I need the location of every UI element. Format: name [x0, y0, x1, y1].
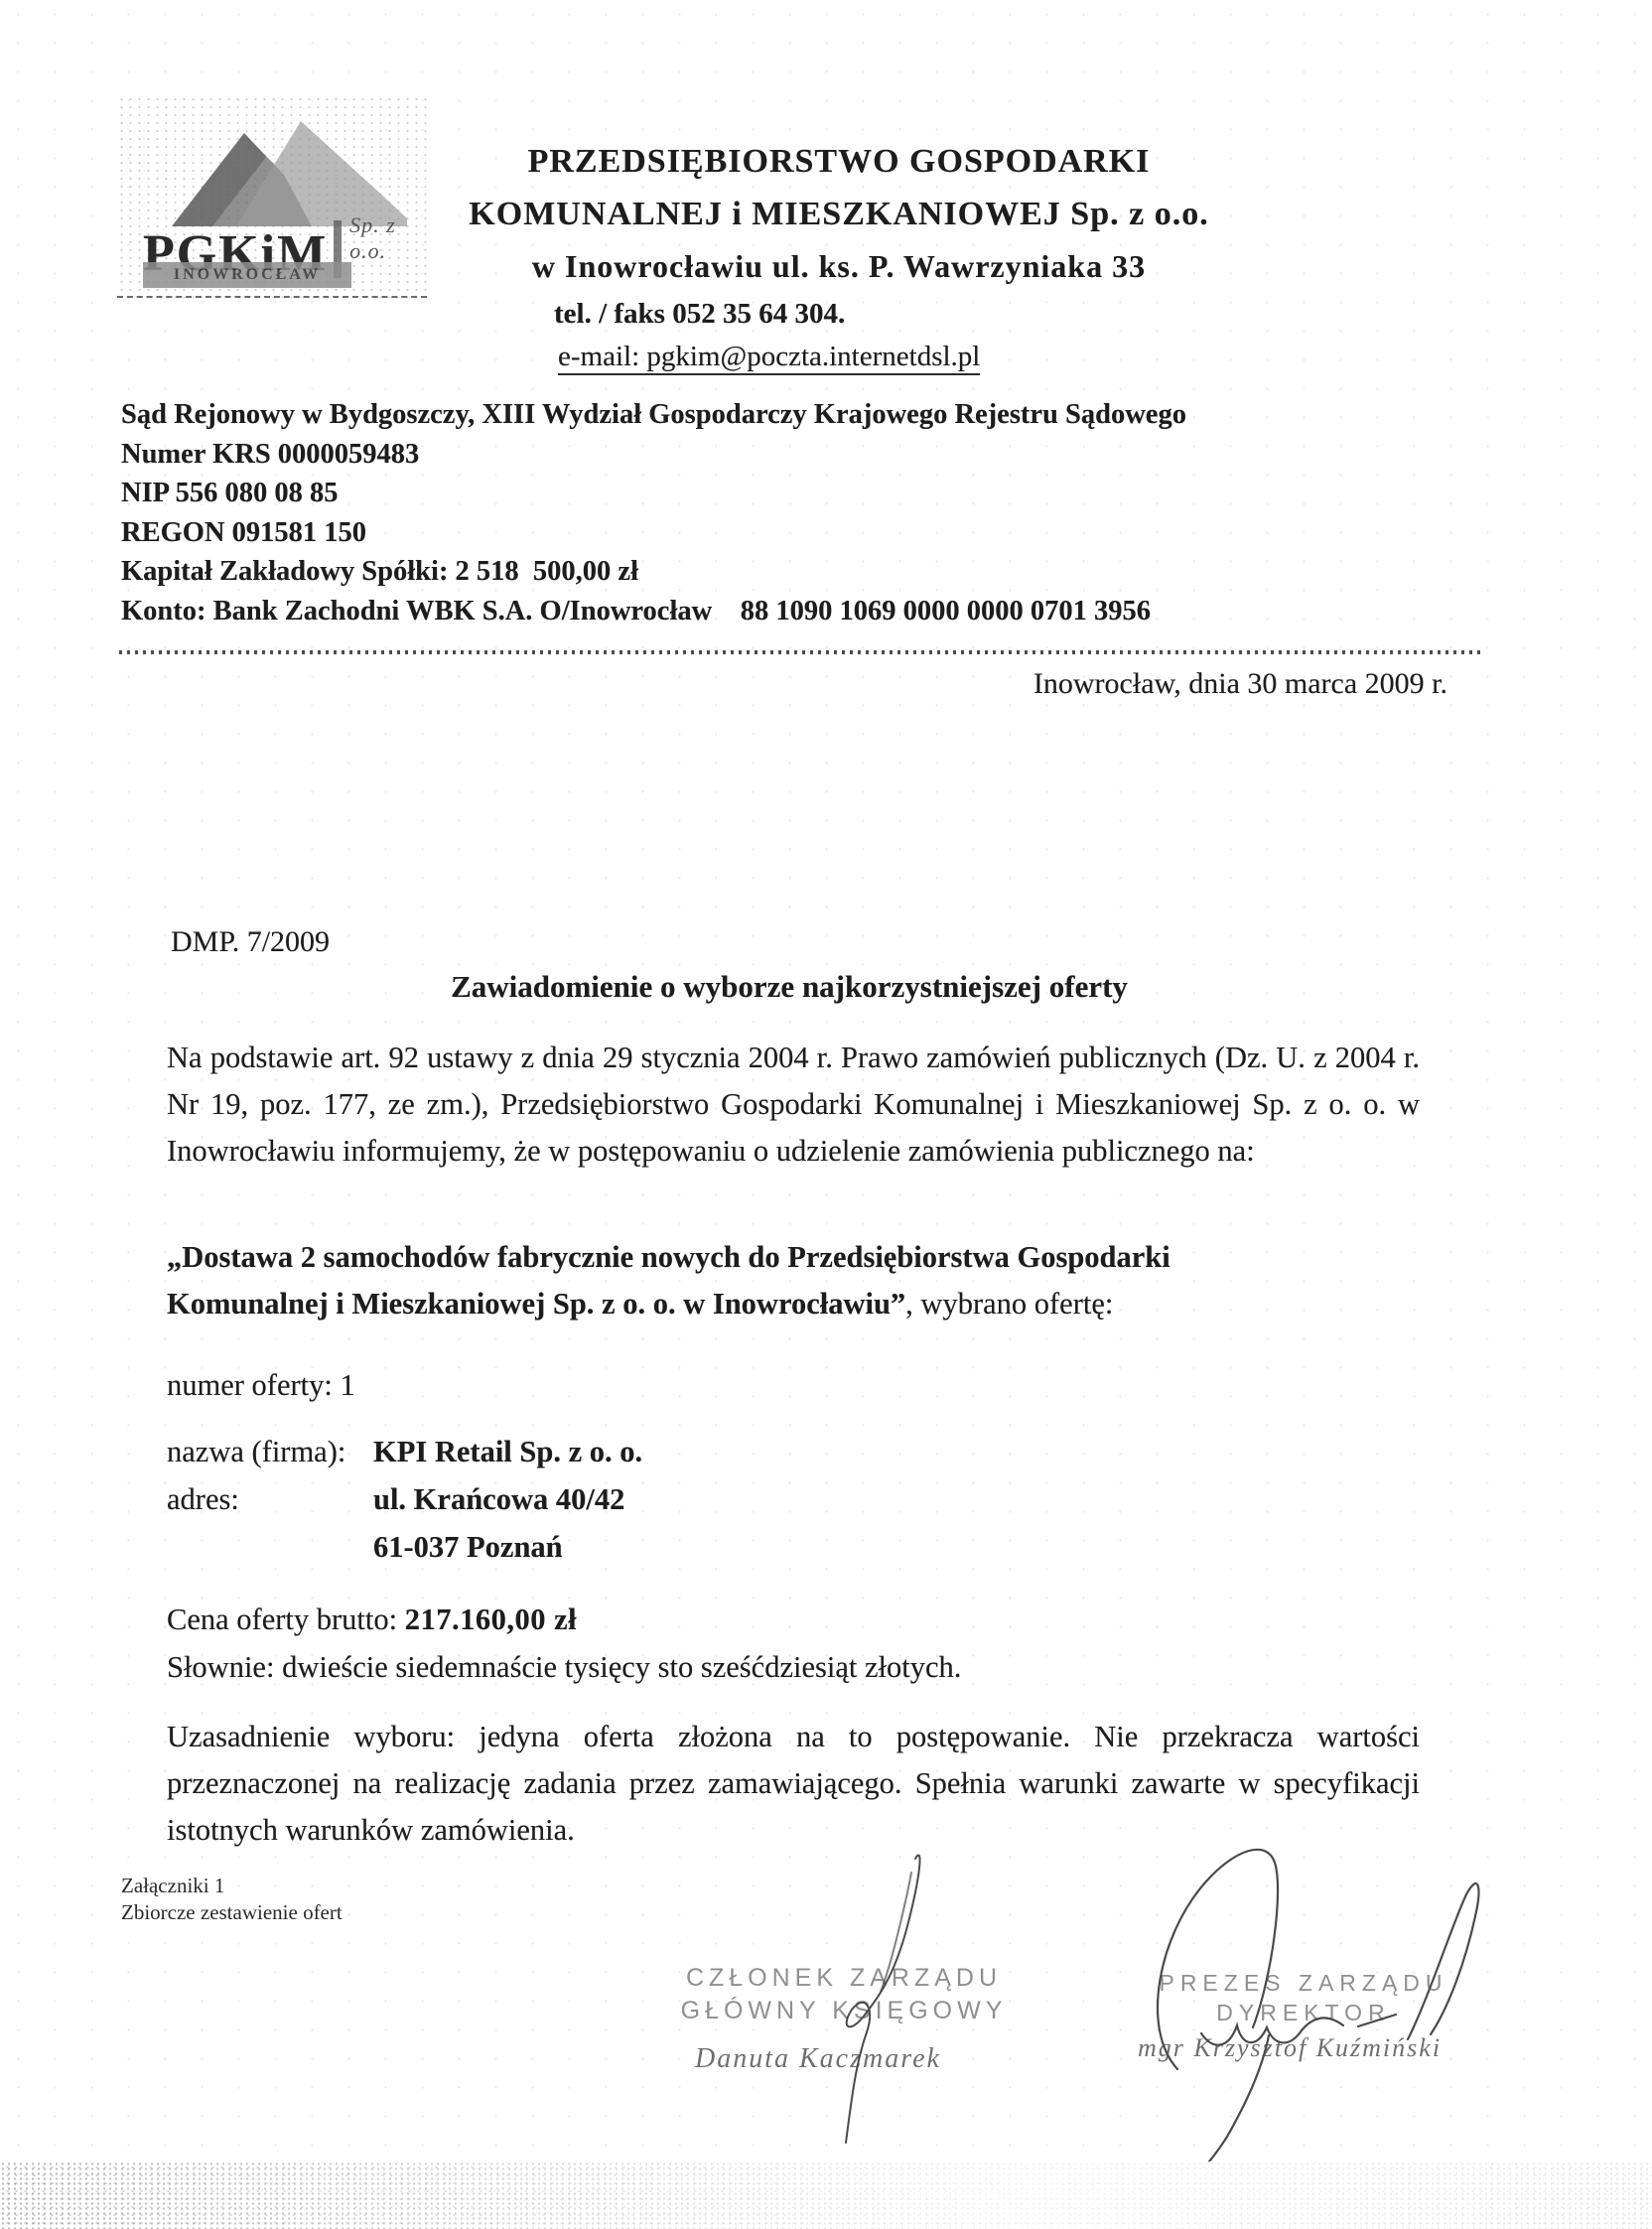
scanned-letter-page: PGKiM Sp. z o.o. INOWROCŁAW PRZEDSIĘBIOR…	[0, 0, 1652, 2229]
left-role-line2: GŁÓWNY KSIĘGOWY	[625, 1995, 1062, 2027]
company-address-line: w Inowrocławiu ul. ks. P. Wawrzyniaka 33	[377, 240, 1301, 292]
winner-address-line2: 61-037 Poznań	[373, 1523, 563, 1571]
company-name-line1: PRZEDSIĘBIORSTWO GOSPODARKI	[377, 135, 1301, 188]
right-role-stamp: PREZES ZARZĄDU DYREKTOR	[1100, 1968, 1507, 2027]
date-line: Inowrocław, dnia 30 marca 2009 r.	[1033, 667, 1447, 701]
registry-krs: Numer KRS 0000059483	[121, 435, 1511, 475]
letterhead: PRZEDSIĘBIORSTWO GOSPODARKI KOMUNALNEJ i…	[377, 135, 1301, 378]
subject-paragraph: „Dostawa 2 samochodów fabrycznie nowych …	[167, 1234, 1279, 1327]
winner-details: nazwa (firma): KPI Retail Sp. z o. o. ad…	[167, 1428, 642, 1571]
justification-paragraph: Uzasadnienie wyboru: jedyna oferta złożo…	[167, 1714, 1420, 1854]
document-title: Zawiadomienie o wyborze najkorzystniejsz…	[164, 969, 1415, 1005]
left-signer-name: Danuta Kaczmarek	[695, 2043, 941, 2075]
dotted-separator	[119, 650, 1485, 654]
logo-city-band: INOWROCŁAW	[143, 262, 351, 288]
winner-name-label: nazwa (firma):	[167, 1428, 373, 1475]
right-role-line2: DYREKTOR	[1100, 1998, 1507, 2027]
attachments-label: Załączniki 1	[121, 1873, 343, 1899]
registry-bank-account: Konto: Bank Zachodni WBK S.A. O/Inowrocł…	[121, 592, 1511, 631]
attachments-block: Załączniki 1 Zbiorcze zestawienie ofert	[121, 1873, 343, 1926]
company-phone: tel. / faks 052 35 64 304.	[377, 292, 1301, 336]
offer-number: numer oferty: 1	[167, 1362, 355, 1409]
company-email: e-mail: pgkim@poczta.internetdsl.pl	[377, 336, 1301, 378]
price-label: Cena oferty brutto:	[167, 1602, 405, 1636]
right-signer-name: mgr Krzysztof Kuźmiński	[1138, 2033, 1442, 2063]
registry-regon: REGON 091581 150	[121, 513, 1511, 553]
winner-name-value: KPI Retail Sp. z o. o.	[373, 1428, 642, 1475]
subject-tail-text: , wybrano ofertę:	[905, 1287, 1113, 1321]
right-role-line1: PREZES ZARZĄDU	[1100, 1968, 1507, 1998]
logo-city: INOWROCŁAW	[174, 266, 321, 284]
company-name-line2: KOMUNALNEJ i MIESZKANIOWEJ Sp. z o.o.	[377, 188, 1301, 240]
left-role-stamp: CZŁONEK ZARZĄDU GŁÓWNY KSIĘGOWY	[625, 1962, 1062, 2027]
winner-address-spacer	[167, 1523, 373, 1571]
registry-nip: NIP 556 080 08 85	[121, 474, 1511, 513]
registry-capital: Kapitał Zakładowy Spółki: 2 518 500,00 z…	[121, 552, 1511, 592]
winner-address-label: adres:	[167, 1475, 373, 1523]
winner-address-line1: ul. Krańcowa 40/42	[373, 1475, 624, 1523]
registry-court: Sąd Rejonowy w Bydgoszczy, XIII Wydział …	[121, 395, 1511, 435]
scan-noise-fade	[0, 2161, 1652, 2229]
attachments-item: Zbiorcze zestawienie ofert	[121, 1899, 343, 1926]
winner-address-row2: 61-037 Poznań	[167, 1523, 642, 1571]
left-role-line1: CZŁONEK ZARZĄDU	[625, 1962, 1062, 1995]
reference-number: DMP. 7/2009	[171, 925, 330, 959]
price-in-words: Słownie: dwieście siedemnaście tysięcy s…	[167, 1644, 961, 1691]
winner-name-row: nazwa (firma): KPI Retail Sp. z o. o.	[167, 1428, 642, 1475]
price-value: 217.160,00 zł	[405, 1602, 577, 1636]
company-email-text: e-mail: pgkim@poczta.internetdsl.pl	[558, 341, 980, 375]
price-line: Cena oferty brutto: 217.160,00 zł	[167, 1597, 577, 1643]
winner-address-row: adres: ul. Krańcowa 40/42	[167, 1475, 642, 1523]
intro-paragraph: Na podstawie art. 92 ustawy z dnia 29 st…	[167, 1035, 1420, 1175]
registry-block: Sąd Rejonowy w Bydgoszczy, XIII Wydział …	[121, 395, 1511, 630]
